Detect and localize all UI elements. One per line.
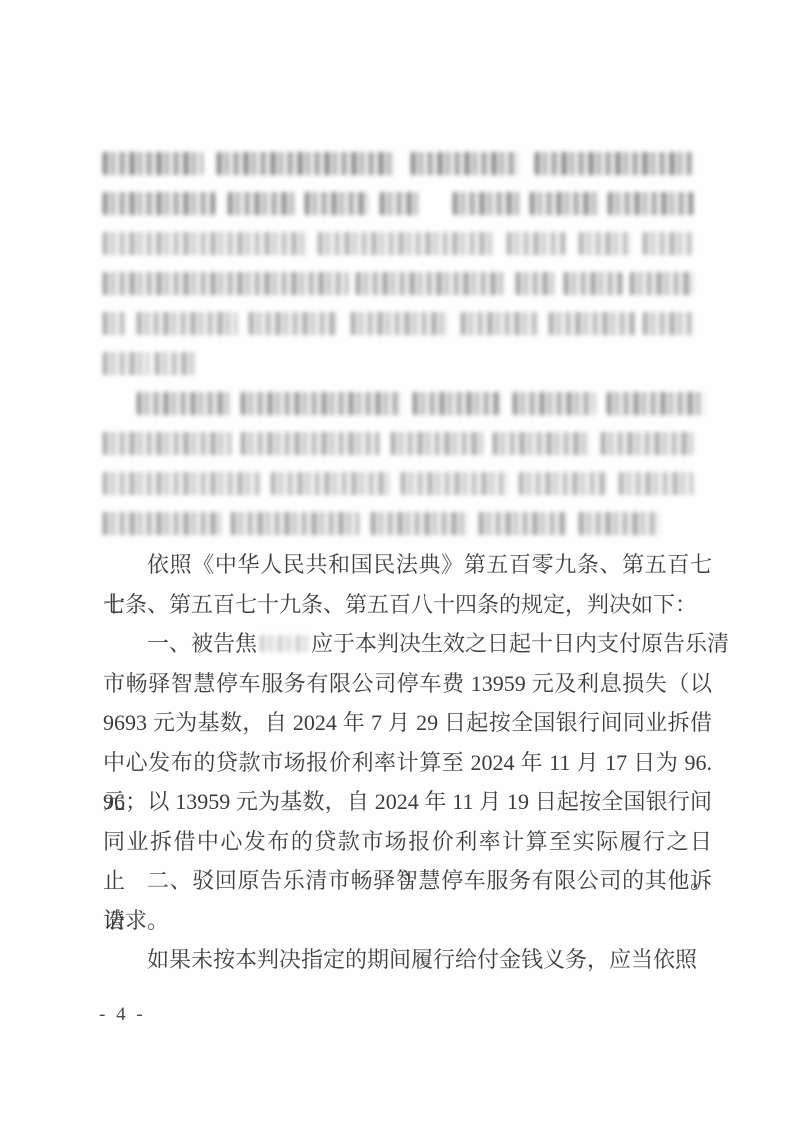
redacted-text-segment	[371, 512, 469, 535]
redacted-gap	[519, 163, 535, 164]
redacted-text-segment	[516, 272, 554, 295]
redacted-text-segment	[601, 432, 693, 455]
redacted-text-segment	[630, 272, 693, 295]
redacted-text-segment	[401, 472, 509, 495]
redacted-text-segment	[103, 472, 261, 495]
redacted-line	[103, 343, 712, 383]
redacted-gap	[337, 323, 351, 324]
redacted-text-segment	[391, 432, 483, 455]
redacted-text-segment	[619, 472, 693, 495]
redacted-text-segment	[564, 272, 622, 295]
redacted-text-segment	[155, 352, 195, 375]
redacted-text-segment	[549, 312, 635, 335]
text-line-item2-2: 请求。	[103, 901, 712, 941]
redacted-text-segment	[493, 432, 591, 455]
redacted-gap	[622, 283, 630, 284]
redacted-text-segment	[103, 232, 308, 255]
redacted-line	[103, 423, 712, 463]
redacted-gap	[631, 243, 643, 244]
redacted-text-segment	[318, 232, 493, 255]
text-before-redaction: 一、被告焦	[147, 631, 257, 656]
redacted-gap	[401, 403, 413, 404]
redacted-line	[103, 503, 712, 543]
redacted-gap	[379, 443, 391, 444]
redacted-gap	[635, 323, 643, 324]
redacted-gap	[237, 323, 249, 324]
redacted-text-segment	[507, 232, 565, 255]
redacted-text-segment	[530, 192, 600, 215]
redacted-gap	[591, 443, 601, 444]
redacted-line	[103, 463, 712, 503]
redacted-text-segment	[519, 472, 607, 495]
redacted-gap	[359, 523, 371, 524]
redacted-line	[103, 143, 712, 183]
redacted-gap	[607, 483, 619, 484]
redacted-gap	[565, 243, 579, 244]
redacted-text-segment	[103, 312, 125, 335]
redacted-text-segment	[461, 312, 539, 335]
text-line-basis-1: 依照《中华人民共和国民法典》第五百零九条、第五百七十	[103, 545, 712, 585]
redacted-text-segment	[217, 152, 395, 175]
redacted-text-segment	[103, 152, 203, 175]
redacted-line	[103, 263, 712, 303]
page-number: - 4 -	[99, 1004, 146, 1026]
redacted-text-segment	[608, 192, 693, 215]
redacted-gap	[348, 283, 356, 284]
text-line-item1-6: 同业拆借中心发布的贷款市场报价利率计算至实际履行之日止）。	[103, 822, 712, 862]
redacted-text-segment	[643, 232, 693, 255]
redacted-text-segment	[305, 192, 368, 215]
redacted-text-segment	[137, 392, 229, 415]
redacted-text-segment	[579, 512, 660, 535]
text-line-item1-1: 一、被告焦应于本判决生效之日起十日内支付原告乐清	[103, 624, 712, 664]
redacted-text-segment	[356, 272, 504, 295]
redacted-text-segment	[607, 392, 705, 415]
redacted-line	[103, 383, 712, 423]
redacted-line	[103, 223, 712, 263]
text-line-item1-3: 9693 元为基数，自 2024 年 7 月 29 日起按全国银行间同业拆借	[103, 703, 712, 743]
redacted-text-segment	[241, 392, 401, 415]
redacted-gap	[389, 483, 401, 484]
redacted-gap	[229, 403, 241, 404]
redacted-gap	[449, 323, 461, 324]
redacted-gap	[368, 203, 380, 204]
text-line-item2-1: 二、驳回原告乐清市畅驿智慧停车服务有限公司的其他诉讼	[103, 861, 712, 901]
text-line-item1-5: 元；以 13959 元为基数，自 2024 年 11 月 19 日起按全国银行间	[103, 782, 712, 822]
redacted-gap	[493, 243, 507, 244]
redacted-text-segment	[271, 472, 389, 495]
redacted-text-segment	[249, 312, 337, 335]
redacted-text-segment	[413, 392, 501, 415]
redacted-gap	[231, 443, 241, 444]
redacted-text-segment	[231, 512, 359, 535]
redacted-gap	[125, 323, 137, 324]
redacted-line	[103, 303, 712, 343]
redacted-text-segment	[453, 192, 520, 215]
redacted-gap	[501, 403, 513, 404]
text-line-item1-4: 中心发布的贷款市场报价利率计算至 2024 年 11 月 17 日为 96. 9…	[103, 743, 712, 783]
redacted-text-segment	[535, 152, 693, 175]
redacted-gap	[221, 523, 231, 524]
redacted-text-segment	[103, 352, 149, 375]
redacted-text-segment	[479, 512, 567, 535]
redacted-gap	[520, 203, 530, 204]
judgment-text: 依照《中华人民共和国民法典》第五百零九条、第五百七十 七条、第五百七十九条、第五…	[103, 545, 712, 980]
redacted-text-segment	[513, 392, 595, 415]
redacted-gap	[308, 243, 318, 244]
redacted-text-segment	[579, 232, 631, 255]
redacted-gap	[504, 283, 516, 284]
text-line-item1-2: 市畅驿智慧停车服务有限公司停车费 13959 元及利息损失（以	[103, 664, 712, 704]
redacted-gap	[215, 203, 228, 204]
redacted-text-segment	[411, 152, 519, 175]
document-page: 依照《中华人民共和国民法典》第五百零九条、第五百七十 七条、第五百七十九条、第五…	[0, 0, 794, 1123]
redacted-text-segment	[241, 432, 379, 455]
redacted-gap	[418, 203, 453, 204]
redacted-gap	[483, 443, 493, 444]
redacted-text-segment	[351, 312, 449, 335]
redacted-gap	[567, 523, 579, 524]
redacted-text-segment	[228, 192, 295, 215]
redacted-defendant-name	[260, 635, 308, 652]
redacted-text-segment	[643, 312, 693, 335]
text-line-basis-2: 七条、第五百七十九条、第五百八十四条的规定，判决如下：	[103, 585, 712, 625]
redacted-gap	[469, 523, 479, 524]
redacted-text-segment	[103, 512, 221, 535]
redacted-text-segment	[103, 432, 231, 455]
redacted-gap	[600, 203, 608, 204]
redacted-text-segment	[380, 192, 418, 215]
redacted-gap	[509, 483, 519, 484]
redacted-gap	[539, 323, 549, 324]
redacted-text-segment	[137, 312, 237, 335]
redacted-line	[103, 183, 712, 223]
redacted-text-segment	[103, 192, 215, 215]
redacted-gap	[395, 163, 411, 164]
redacted-gap	[595, 403, 607, 404]
redacted-gap	[295, 203, 305, 204]
text-line-notice: 如果未按本判决指定的期间履行给付金钱义务，应当依照	[103, 940, 712, 980]
text-after-redaction: 应于本判决生效之日起十日内支付原告乐清	[311, 631, 729, 656]
redacted-gap	[261, 483, 271, 484]
redacted-gap	[203, 163, 217, 164]
redacted-gap	[554, 283, 564, 284]
redacted-block	[103, 143, 712, 543]
redacted-text-segment	[103, 272, 348, 295]
